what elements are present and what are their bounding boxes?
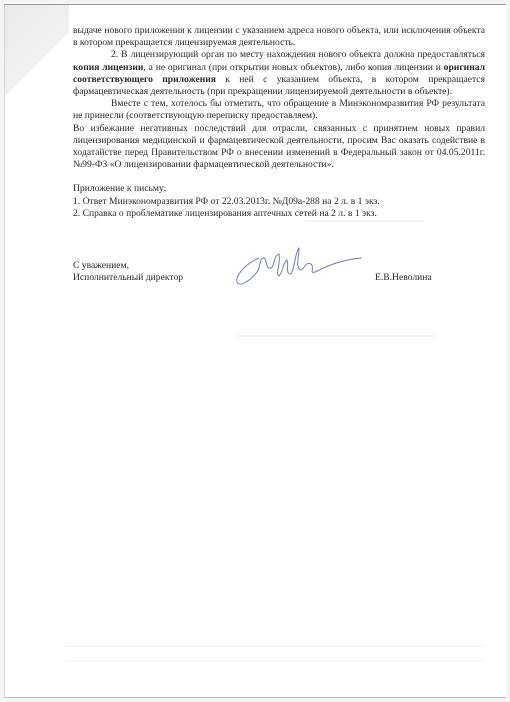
signature-block: С уважением, Исполнительный директор Е.В… <box>73 254 485 288</box>
attachments-heading: Приложение к письму: <box>73 183 485 195</box>
bleed-through-mark <box>235 335 435 337</box>
bleed-through-mark <box>65 645 485 647</box>
page-corner-fold <box>5 5 69 105</box>
paragraph-text: , а не оригинал (при открытии новых объе… <box>143 62 443 73</box>
paragraph-continuation: выдаче нового приложения к лицензии с ук… <box>73 25 485 49</box>
bold-phrase-license-copy: копия лицензии <box>73 62 143 73</box>
letter-body: выдаче нового приложения к лицензии с ук… <box>73 25 485 288</box>
paragraph-text: 2. В лицензирующий орган по месту нахожд… <box>111 49 485 60</box>
paragraph-item-2: 2. В лицензирующий орган по месту нахожд… <box>73 49 485 98</box>
closing-left: С уважением, Исполнительный директор <box>73 260 183 284</box>
bleed-through-mark <box>65 660 485 662</box>
signatory-position: Исполнительный директор <box>73 272 183 284</box>
paragraph-ministry-note: Вместе с тем, хотелось бы отметить, что … <box>73 98 485 122</box>
attachment-item-2: 2. Справка о проблематике лицензирования… <box>73 208 485 220</box>
spacer <box>73 171 485 183</box>
paragraph-request: Во избежание негативных последствий для … <box>73 123 485 172</box>
attachment-item-1: 1. Ответ Минэкономразвития РФ от 22.03.2… <box>73 196 485 208</box>
signatory-name: Е.В.Неволина <box>375 272 432 284</box>
handwritten-signature-icon <box>229 244 365 290</box>
scanned-page: выдаче нового приложения к лицензии с ук… <box>4 4 506 698</box>
closing-regards: С уважением, <box>73 260 183 272</box>
